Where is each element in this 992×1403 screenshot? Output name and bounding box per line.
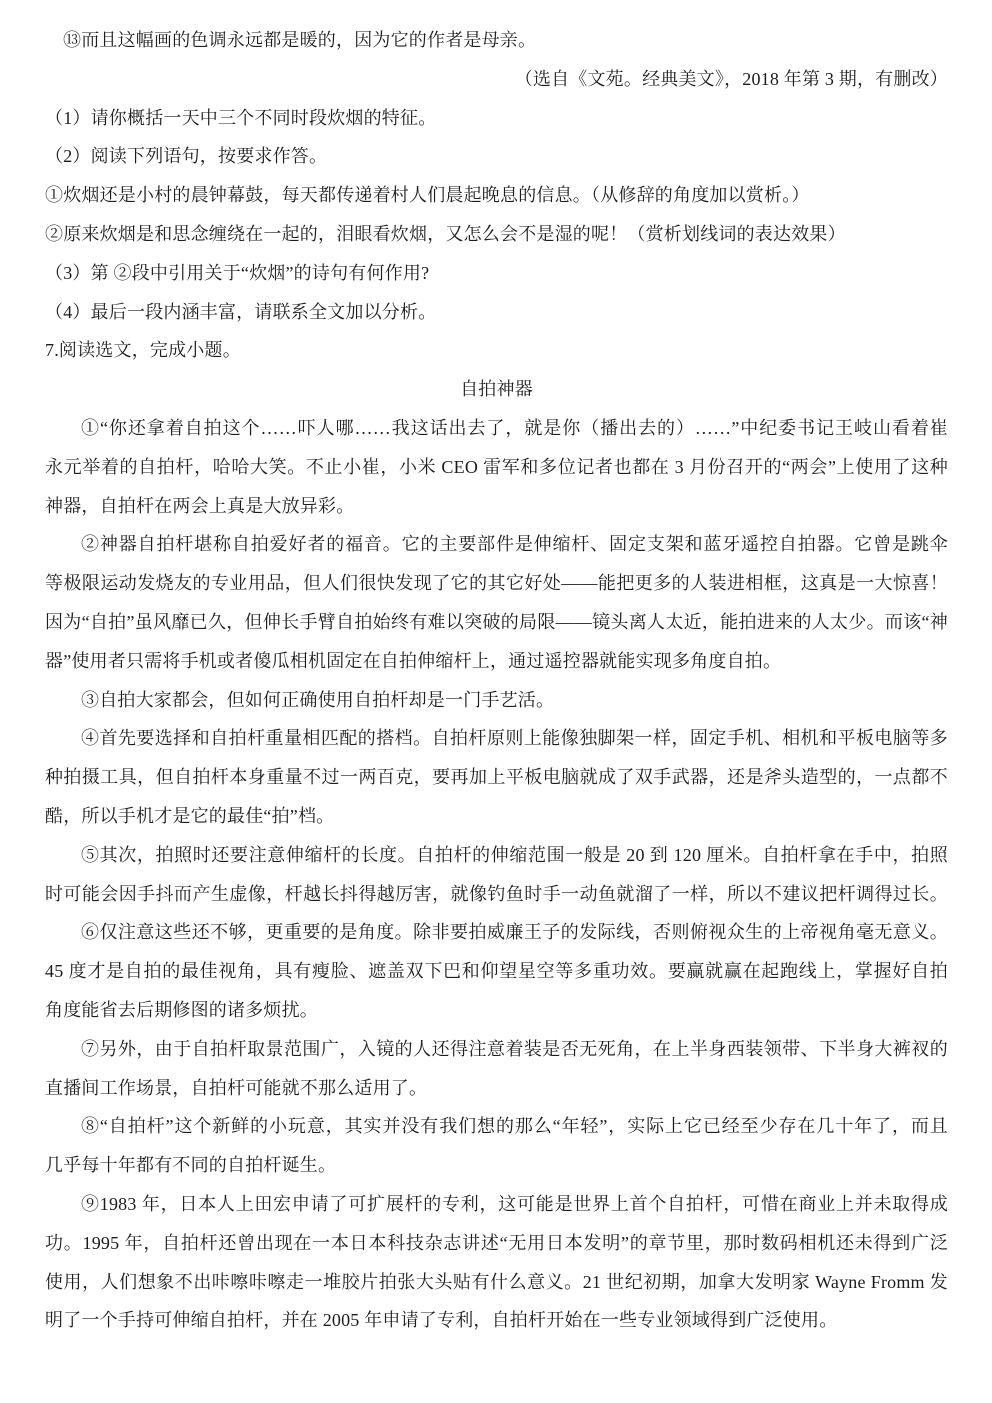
article-text-line: 酷，所以手机才是它的最佳“拍”档。	[45, 797, 948, 836]
article-text-line: 器”使用者只需将手机或者傻瓜相机固定在自拍伸缩杆上，通过遥控器就能实现多角度自拍…	[45, 642, 948, 681]
question-2: （2）阅读下列语句，按要求作答。	[45, 137, 948, 176]
article-text-line: 直播间工作场景，自拍杆可能就不那么适用了。	[45, 1069, 948, 1108]
article-text-line: 使用，人们想象不出咔嚓咔嚓走一堆胶片拍张大头贴有什么意义。21 世纪初期，加拿大…	[45, 1263, 948, 1302]
article-text-line: 角度能省去后期修图的诸多烦扰。	[45, 991, 948, 1030]
article-text-line: 神器，自拍杆在两会上真是大放异彩。	[45, 487, 948, 526]
question-3: （3）第 ②段中引用关于“炊烟”的诗句有何作用?	[45, 254, 948, 293]
article-text-line: ②神器自拍杆堪称自拍爱好者的福音。它的主要部件是伸缩杆、固定支架和蓝牙遥控自拍器…	[45, 525, 948, 564]
article-title: 自拍神器	[45, 370, 948, 409]
article-text-line: 因为“自拍”虽风靡已久，但伸长手臂自拍始终有难以突破的局限——镜头离人太近，能拍…	[45, 603, 948, 642]
article-text-line: 几乎每十年都有不同的自拍杆诞生。	[45, 1146, 948, 1185]
article-text-line: 功。1995 年，自拍杆还曾出现在一本日本科技杂志讲述“无用日本发明”的章节里，…	[45, 1224, 948, 1263]
question-4: （4）最后一段内涵丰富，请联系全文加以分析。	[45, 293, 948, 332]
article-text-line: ⑤其次，拍照时还要注意伸缩杆的长度。自拍杆的伸缩范围一般是 20 到 120 厘…	[45, 836, 948, 875]
article-text-line: ⑦另外，由于自拍杆取景范围广，入镜的人还得注意着装是否无死角，在上半身西装领带、…	[45, 1030, 948, 1069]
article-text-line: ③自拍大家都会，但如何正确使用自拍杆却是一门手艺活。	[45, 681, 948, 720]
article-text-line: 明了一个手持可伸缩自拍杆，并在 2005 年申请了专利，自拍杆开始在一些专业领域…	[45, 1301, 948, 1340]
section-heading-7: 7.阅读选文，完成小题。	[45, 331, 948, 370]
article-text-line: 时可能会因手抖而产生虚像，杆越长抖得越厉害，就像钓鱼时手一动鱼就溜了一样，所以不…	[45, 875, 948, 914]
quoted-sentence-2: ②原来炊烟是和思念缠绕在一起的，泪眼看炊烟，又怎么会不是湿的呢！（赏析划线词的表…	[45, 215, 948, 254]
article-text-line: ⑨1983 年，日本人上田宏申请了可扩展杆的专利，这可能是世界上首个自拍杆，可惜…	[45, 1185, 948, 1224]
article-text-line: 永元举着的自拍杆，哈哈大笑。不止小崔，小米 CEO 雷军和多位记者也都在 3 月…	[45, 448, 948, 487]
question-1: （1）请你概括一天中三个不同时段炊烟的特征。	[45, 99, 948, 138]
quoted-sentence-1: ①炊烟还是小村的晨钟幕鼓，每天都传递着村人们晨起晚息的信息。（从修辞的角度加以赏…	[45, 176, 948, 215]
article-text-line: 种拍摄工具，但自拍杆本身重量不过一两百克，要再加上平板电脑就成了双手武器，还是斧…	[45, 758, 948, 797]
source-citation: （选自《文苑。经典美文》，2018 年第 3 期，有删改）	[45, 60, 948, 99]
article-text-line: ④首先要选择和自拍杆重量相匹配的搭档。自拍杆原则上能像独脚架一样，固定手机、相机…	[45, 719, 948, 758]
document-page: ⑬而且这幅画的色调永远都是暖的，因为它的作者是母亲。 （选自《文苑。经典美文》，…	[0, 0, 992, 1340]
article-text-line: 等极限运动发烧友的专业用品，但人们很快发现了它的其它好处——能把更多的人装进相框…	[45, 564, 948, 603]
article-text-line: ⑧“自拍杆”这个新鲜的小玩意，其实并没有我们想的那么“年轻”，实际上它已经至少存…	[45, 1107, 948, 1146]
essay-line-13: ⑬而且这幅画的色调永远都是暖的，因为它的作者是母亲。	[45, 21, 948, 60]
article-text-line: ①“你还拿着自拍这个……吓人哪……我这话出去了，就是你（播出去的）……”中纪委书…	[45, 409, 948, 448]
article-text-line: ⑥仅注意这些还不够，更重要的是角度。除非要拍威廉王子的发际线，否则俯视众生的上帝…	[45, 913, 948, 952]
article-text-line: 45 度才是自拍的最佳视角，具有瘦脸、遮盖双下巴和仰望星空等多重功效。要赢就赢在…	[45, 952, 948, 991]
